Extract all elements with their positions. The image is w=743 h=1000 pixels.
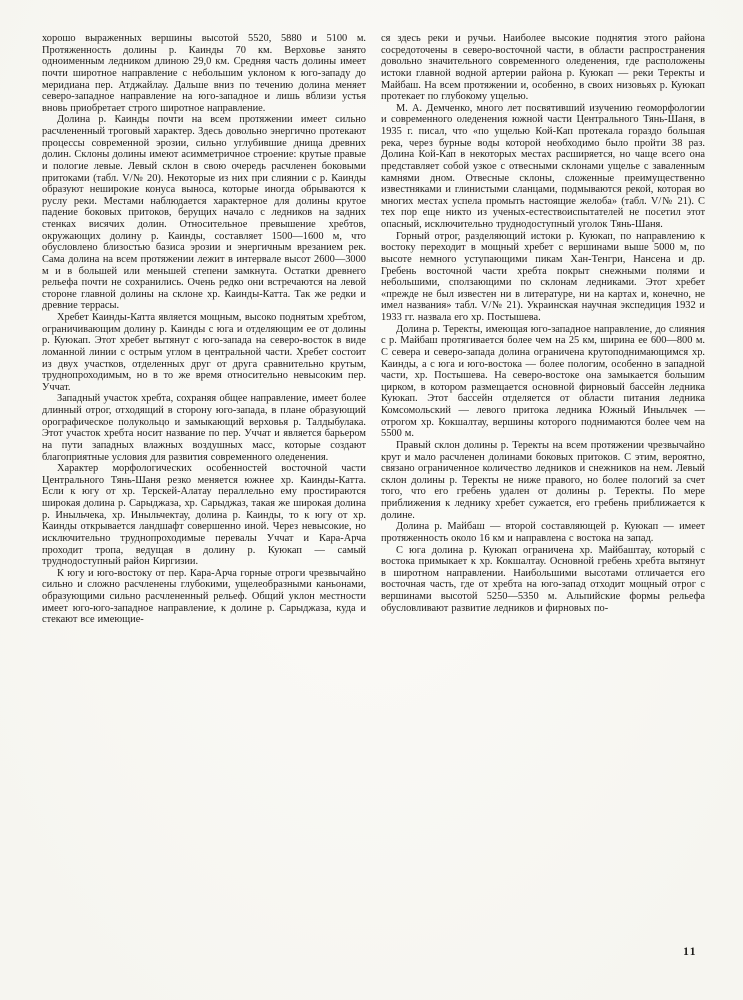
paragraph: С юга долина р. Куюкап ограничена хр. Ма… xyxy=(381,545,705,615)
paragraph: хорошо выраженных вершины высотой 5520, … xyxy=(42,33,366,114)
right-column: ся здесь реки и ручьи. Наиболее высокие … xyxy=(381,33,705,626)
paragraph: Правый склон долины р. Теректы на всем п… xyxy=(381,440,705,521)
paragraph: ся здесь реки и ручьи. Наиболее высокие … xyxy=(381,33,705,103)
book-page: хорошо выраженных вершины высотой 5520, … xyxy=(0,0,743,1000)
paragraph: Долина р. Майбаш — второй составляющей р… xyxy=(381,521,705,544)
paragraph: Западный участок хребта, сохраняя общее … xyxy=(42,393,366,463)
text-columns: хорошо выраженных вершины высотой 5520, … xyxy=(42,33,705,626)
paragraph: Хребет Каинды-Катта является мощным, выс… xyxy=(42,312,366,393)
paragraph: К югу и юго-востоку от пер. Кара-Арча го… xyxy=(42,568,366,626)
page-number: 11 xyxy=(683,946,697,958)
paragraph: Характер морфологических особенностей во… xyxy=(42,463,366,568)
paragraph: Долина р. Каинды почти на всем протяжени… xyxy=(42,114,366,312)
left-column: хорошо выраженных вершины высотой 5520, … xyxy=(42,33,366,626)
paragraph: Долина р. Теректы, имеющая юго-западное … xyxy=(381,324,705,440)
paragraph: М. А. Демченко, много лет посвятивший из… xyxy=(381,103,705,231)
paragraph: Горный отрог, разделяющий истоки р. Куюк… xyxy=(381,231,705,324)
